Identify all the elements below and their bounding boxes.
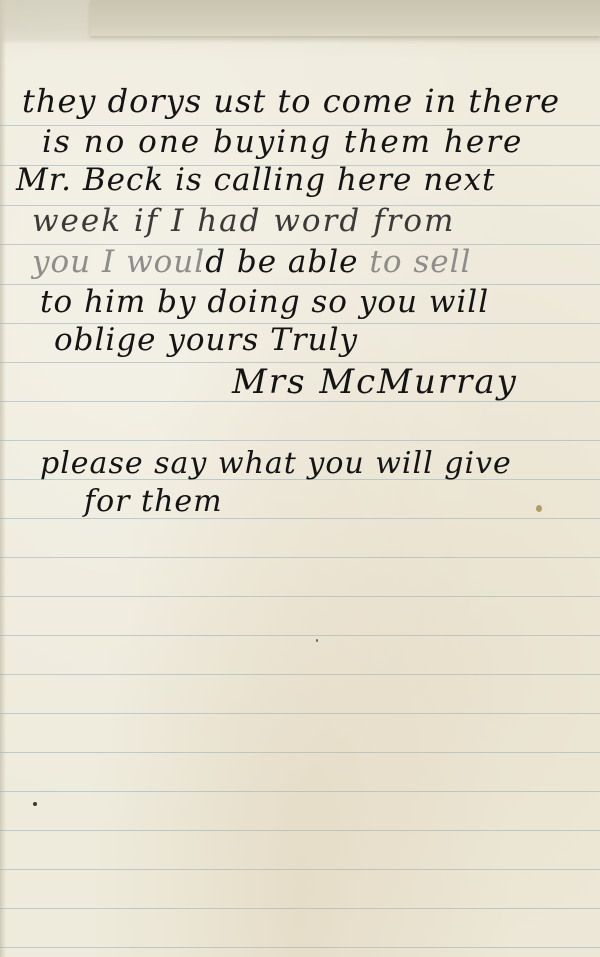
ruled-line — [0, 752, 600, 753]
postscript-line-1: please say what you will give — [40, 446, 512, 481]
ruled-line — [0, 596, 600, 597]
ruled-line — [0, 830, 600, 831]
letter-line-7: oblige yours Truly — [54, 322, 358, 358]
signature: Mrs McMurray — [232, 362, 518, 402]
ruled-line — [0, 791, 600, 792]
paper-fold — [90, 0, 600, 36]
pencil-text: to sell — [359, 244, 472, 280]
ruled-line — [0, 869, 600, 870]
ruled-line — [0, 635, 600, 636]
ruled-line — [0, 557, 600, 558]
postscript-line-2: for them — [84, 484, 223, 519]
stain-spot — [536, 505, 542, 512]
ruled-line — [0, 908, 600, 909]
ink-speck — [316, 639, 318, 642]
letter-line-5: you I would be able to sell — [32, 244, 471, 280]
ink-text: d be able — [205, 244, 358, 280]
letter-page: they dorys ust to come in there is no on… — [0, 0, 600, 957]
letter-line-4: week if I had word from — [32, 203, 455, 239]
pencil-text: you I woul — [32, 244, 205, 280]
letter-line-1: they dorys ust to come in there — [22, 82, 560, 120]
letter-line-2: is no one buying them here — [42, 124, 523, 160]
ruled-line — [0, 440, 600, 441]
letter-line-3: Mr. Beck is calling here next — [16, 162, 496, 198]
ruled-line — [0, 947, 600, 948]
ruled-line — [0, 713, 600, 714]
ruled-line — [0, 674, 600, 675]
letter-line-6: to him by doing so you will — [40, 284, 489, 320]
ink-speck — [33, 802, 37, 806]
